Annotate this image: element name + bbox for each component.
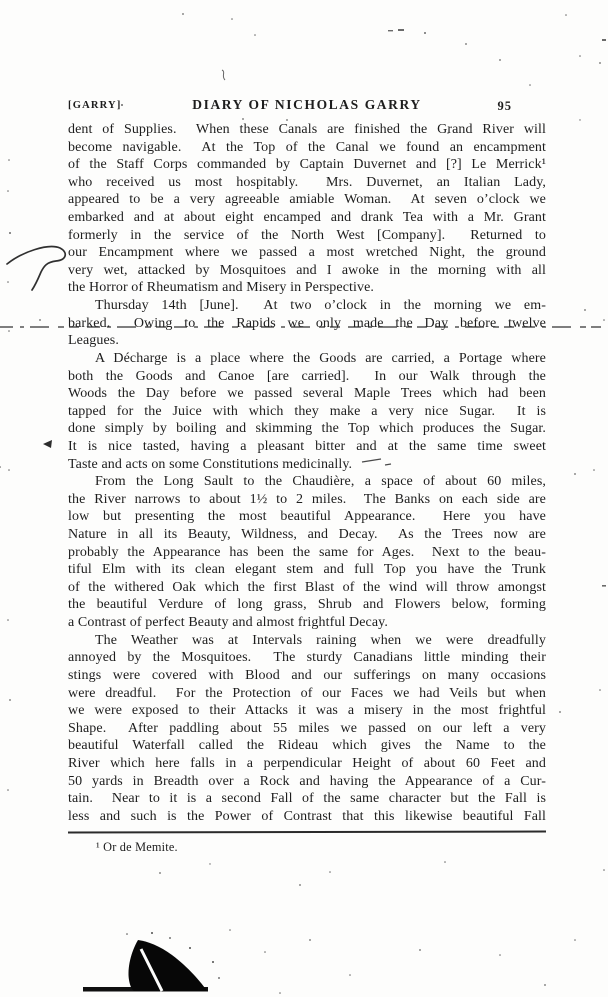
- text-line: we were exposed to their Attacks it was …: [68, 702, 546, 720]
- text-line: Taste and acts on some Constitutions med…: [68, 456, 546, 474]
- text-line: Woods the Day before we passed several M…: [68, 385, 546, 403]
- text-line: become navigable. At the Top of the Cana…: [68, 139, 546, 157]
- footnote-text: ¹ Or de Memite.: [96, 840, 178, 855]
- text-line: dent of Supplies. When these Canals are …: [68, 121, 546, 139]
- header-book-title: DIARY OF NICHOLAS GARRY: [68, 97, 546, 113]
- text-line: done simply by boiling and skimming the …: [68, 420, 546, 438]
- text-line: Thursday 14th [June]. At two o’clock in …: [68, 297, 546, 315]
- text-line: annoyed by the Mosquitoes. The sturdy Ca…: [68, 649, 546, 667]
- text-line: who received us most hospitably. Mrs. Du…: [68, 174, 546, 192]
- running-header: [GARRY] DIARY OF NICHOLAS GARRY 95: [68, 97, 546, 117]
- text-line: low but presenting the most beautiful Ap…: [68, 508, 546, 526]
- text-line: the beautiful Verdure of long grass, Shr…: [68, 596, 546, 614]
- text-line: appeared to be a very agreeable amiable …: [68, 191, 546, 209]
- text-line: less and such is the Power of Contrast t…: [68, 808, 546, 826]
- margin-arrow-mark: [43, 440, 52, 448]
- text-line: The Weather was at Intervals raining whe…: [68, 632, 546, 650]
- handwritten-loop-mark: [7, 247, 65, 290]
- text-line: 50 yards in Breadth over a Rock and havi…: [68, 773, 546, 791]
- page-number: 95: [498, 99, 513, 114]
- text-line: tiful Elm with its clean elegant stem an…: [68, 561, 546, 579]
- text-line: barked. Owing to the Rapids we only made…: [68, 315, 546, 333]
- text-line: tain. Near to it is a second Fall of the…: [68, 790, 546, 808]
- scanned-book-page: [GARRY] DIARY OF NICHOLAS GARRY 95 dent …: [0, 0, 608, 997]
- text-line: stings were covered with Blood and our s…: [68, 667, 546, 685]
- text-line: of the withered Oak which the first Blas…: [68, 579, 546, 597]
- text-line: were dreadful. For the Protection of our…: [68, 685, 546, 703]
- text-line: the River narrows to about 1½ to 2 miles…: [68, 491, 546, 509]
- text-line: the Horror of Rheumatism and Misery in P…: [68, 279, 546, 297]
- text-line: of the Staff Corps commanded by Captain …: [68, 156, 546, 174]
- footnote-divider: [68, 830, 546, 833]
- text-line: River which here falls in a perpendicula…: [68, 755, 546, 773]
- text-line: Shape. After paddling about 55 miles we …: [68, 720, 546, 738]
- ink-blob: [83, 932, 220, 992]
- text-line: formerly in the service of the North Wes…: [68, 227, 546, 245]
- text-line: probably the Appearance has been the sam…: [68, 544, 546, 562]
- text-line: It is nice tasted, having a pleasant bit…: [68, 438, 546, 456]
- text-line: a Contrast of perfect Beauty and almost …: [68, 614, 546, 632]
- text-line: both the Goods and Canoe [are carried]. …: [68, 368, 546, 386]
- text-line: embarked and at about eight encamped and…: [68, 209, 546, 227]
- text-line: Leagues.: [68, 332, 546, 350]
- text-line: From the Long Sault to the Chaudière, a …: [68, 473, 546, 491]
- text-line: A Décharge is a place where the Goods ar…: [68, 350, 546, 368]
- text-line: tapped for the Juice with which they mak…: [68, 403, 546, 421]
- text-line: very wet, attacked by Mosquitoes and I a…: [68, 262, 546, 280]
- text-block: dent of Supplies. When these Canals are …: [68, 121, 546, 825]
- text-line: Nature in all its Beauty, Wildness, and …: [68, 526, 546, 544]
- text-line: our Encampment where we passed a most wr…: [68, 244, 546, 262]
- text-line: beautiful Waterfall called the Rideau wh…: [68, 737, 546, 755]
